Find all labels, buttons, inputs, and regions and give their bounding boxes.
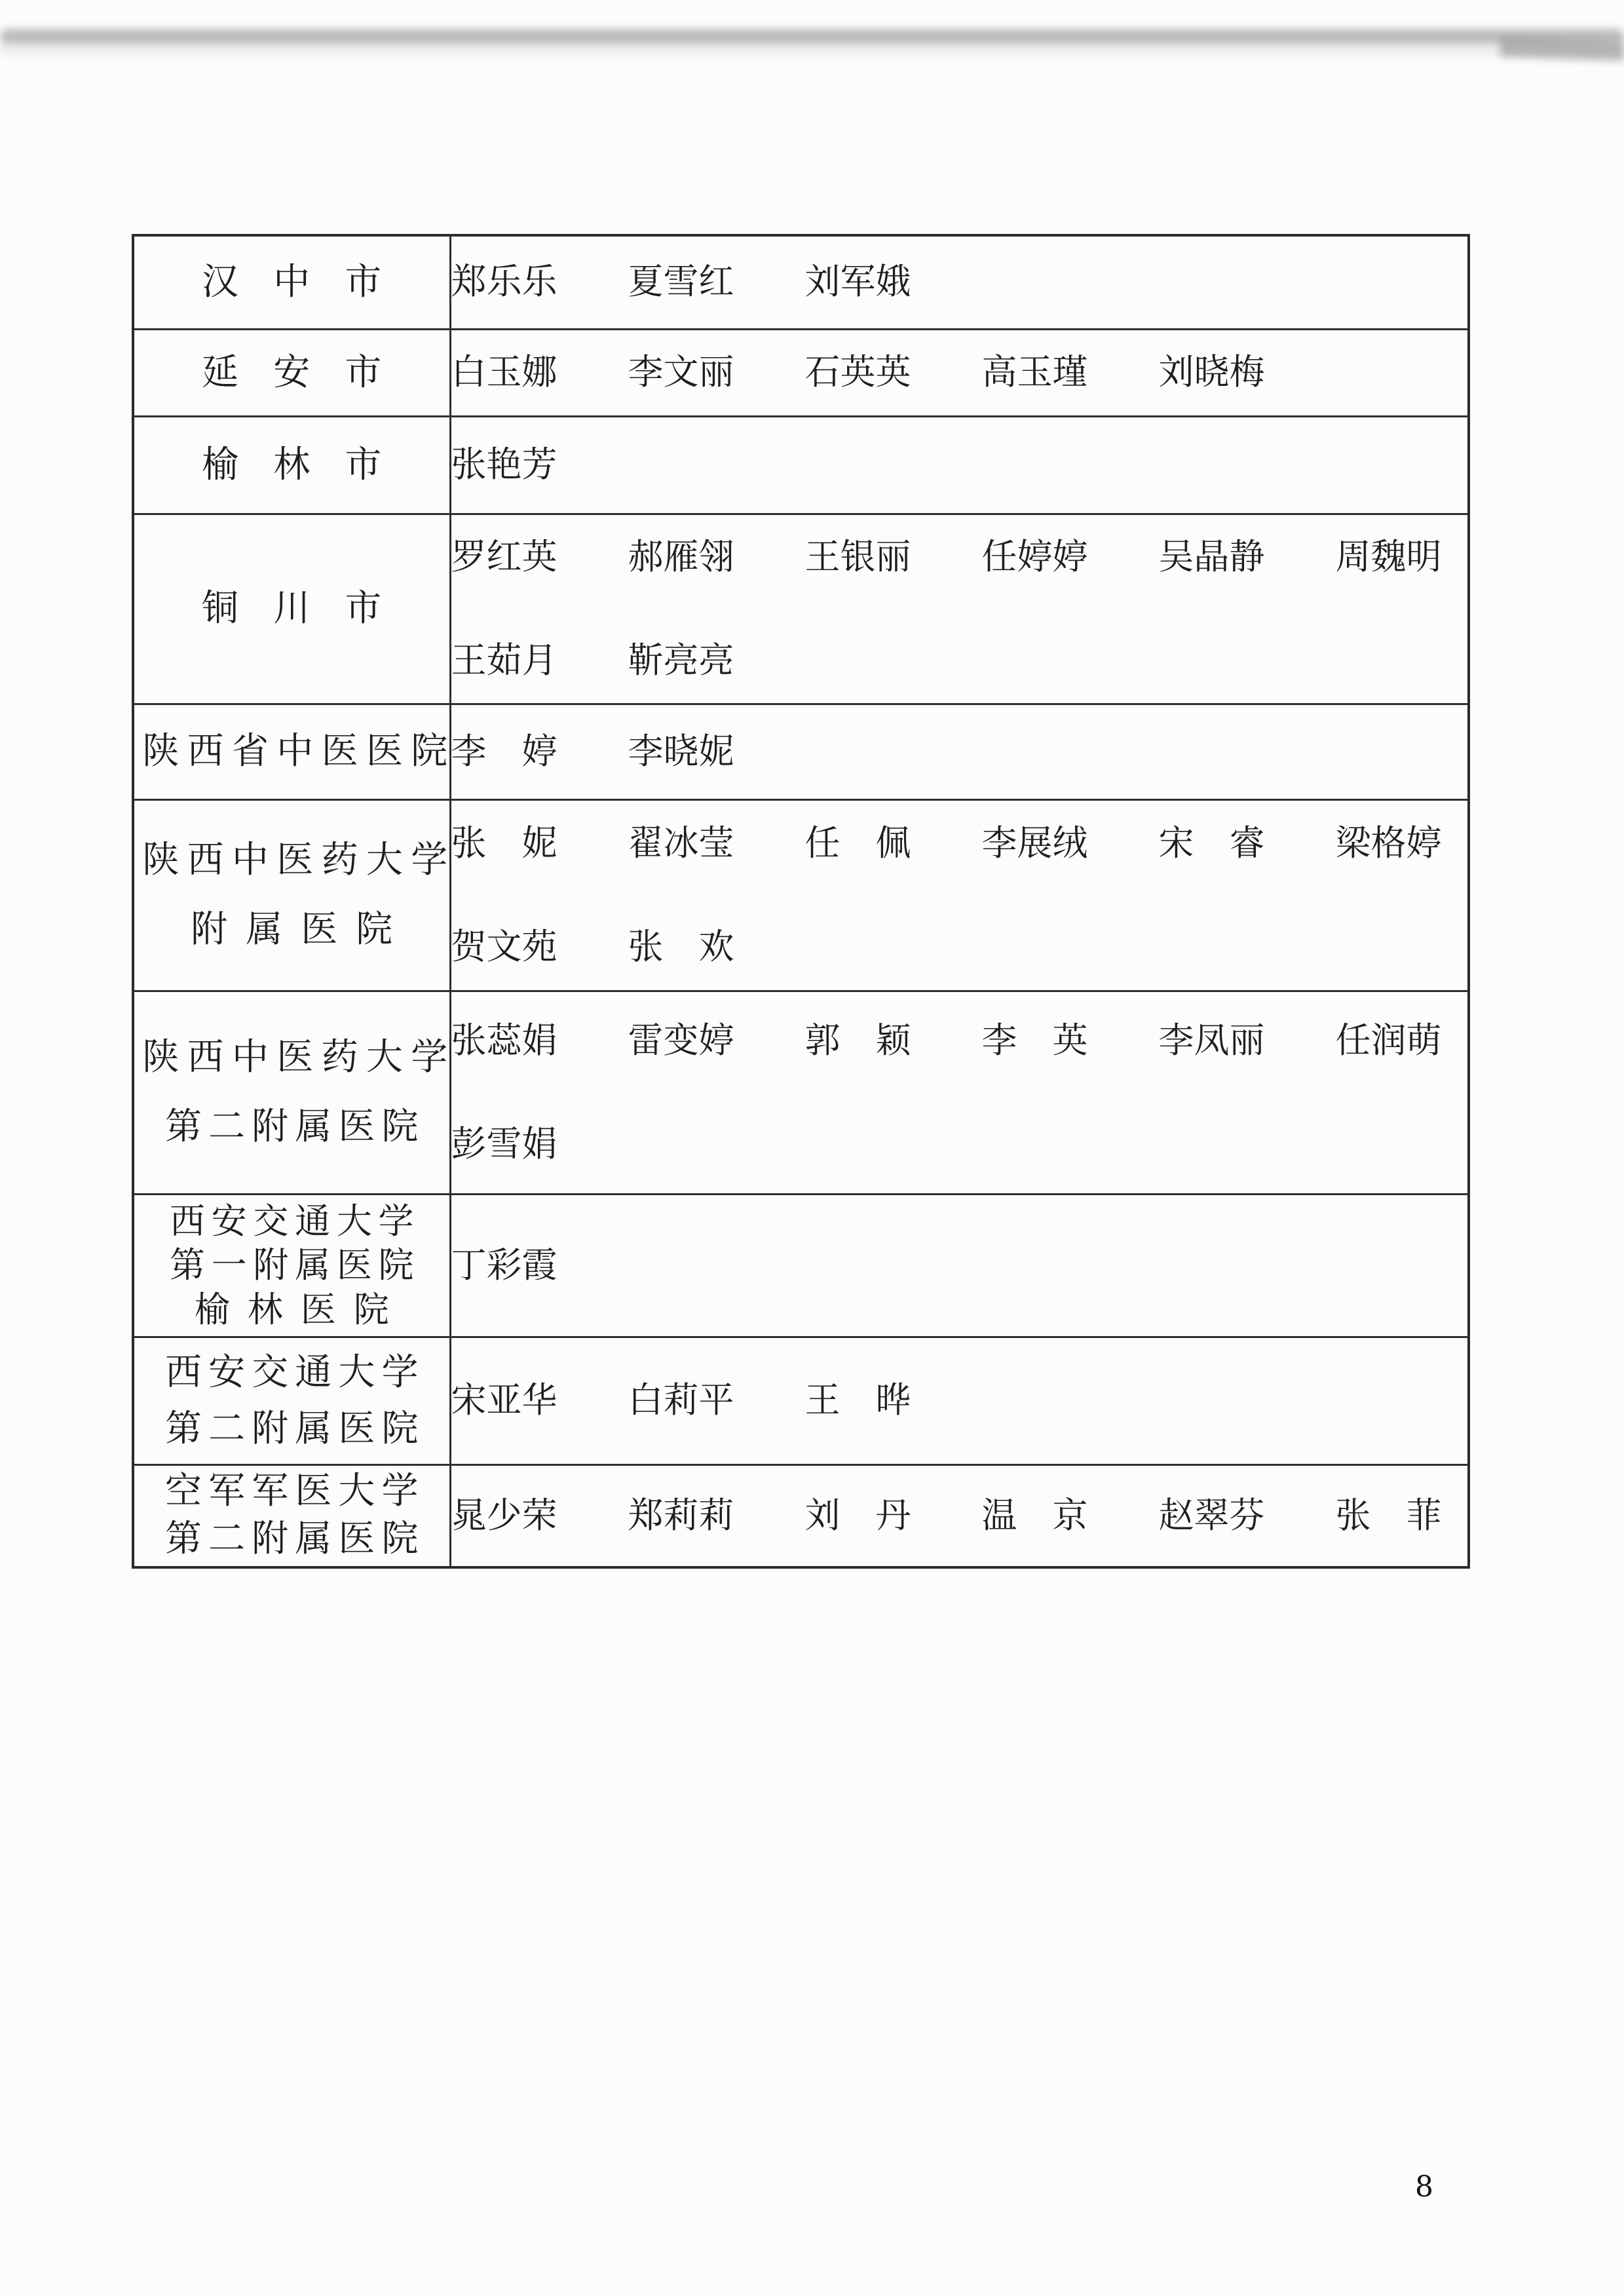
name-line: 王茹月 靳亮亮 bbox=[451, 637, 1468, 685]
names-cell: 宋亚华 白莉平 王 晔 bbox=[450, 1337, 1469, 1464]
scan-artifact-band bbox=[0, 29, 1624, 45]
org-cell: 空军军医大学 第二附属医院 bbox=[133, 1464, 450, 1567]
org-cell: 榆林市 bbox=[133, 416, 450, 514]
table-row: 空军军医大学 第二附属医院 晁少荣 郑莉莉 刘 丹 温 京 赵翠芬 张 菲 bbox=[133, 1464, 1469, 1567]
name-line: 罗红英 郝雁翎 王银丽 任婷婷 吴晶静 周魏明 bbox=[451, 533, 1468, 581]
org-line: 汉中市 bbox=[134, 258, 449, 307]
page-number: 8 bbox=[1415, 2170, 1433, 2204]
recipient-table: 汉中市 郑乐乐 夏雪红 刘军娥 延安市 白玉娜 李文丽 石英英 高玉瑾 刘晓梅 … bbox=[132, 234, 1470, 1569]
org-cell: 西安交通大学 第二附属医院 bbox=[133, 1337, 450, 1464]
org-line: 附属医院 bbox=[134, 905, 449, 955]
org-cell: 延安市 bbox=[133, 329, 450, 416]
name-line: 白玉娜 李文丽 石英英 高玉瑾 刘晓梅 bbox=[451, 349, 1468, 396]
table-row: 陕西省中医医院 李 婷 李晓妮 bbox=[133, 704, 1469, 799]
org-cell: 陕西中医药大学 第二附属医院 bbox=[133, 991, 450, 1194]
name-line: 丁彩霞 bbox=[451, 1242, 1468, 1290]
name-line: 郑乐乐 夏雪红 刘军娥 bbox=[451, 258, 1468, 306]
org-line: 第二附属医院 bbox=[134, 1102, 449, 1152]
org-line: 第二附属医院 bbox=[134, 1404, 449, 1454]
names-cell: 张艳芳 bbox=[450, 416, 1469, 514]
name-line: 李 婷 李晓妮 bbox=[451, 728, 1468, 776]
scan-artifact-band-light bbox=[0, 46, 1624, 54]
table-row: 汉中市 郑乐乐 夏雪红 刘军娥 bbox=[133, 235, 1469, 329]
table-row: 西安交通大学 第二附属医院 宋亚华 白莉平 王 晔 bbox=[133, 1337, 1469, 1464]
table-row: 铜川市 罗红英 郝雁翎 王银丽 任婷婷 吴晶静 周魏明 王茹月 靳亮亮 bbox=[133, 514, 1469, 704]
org-cell: 陕西省中医医院 bbox=[133, 704, 450, 799]
org-line: 陕西中医药大学 bbox=[134, 835, 449, 885]
table-row: 延安市 白玉娜 李文丽 石英英 高玉瑾 刘晓梅 bbox=[133, 329, 1469, 416]
org-cell: 汉中市 bbox=[133, 235, 450, 329]
org-line: 榆林医院 bbox=[134, 1288, 449, 1332]
name-line: 张蕊娟 雷变婷 郭 颖 李 英 李凤丽 任润萌 bbox=[451, 1017, 1468, 1065]
table-row: 榆林市 张艳芳 bbox=[133, 416, 1469, 514]
name-line: 贺文苑 张 欢 bbox=[451, 923, 1468, 971]
name-line: 彭雪娟 bbox=[451, 1120, 1468, 1168]
name-line: 张艳芳 bbox=[451, 441, 1468, 489]
org-line: 延安市 bbox=[134, 348, 449, 398]
names-cell: 罗红英 郝雁翎 王银丽 任婷婷 吴晶静 周魏明 王茹月 靳亮亮 bbox=[450, 514, 1469, 704]
table-row: 西安交通大学 第一附属医院 榆林医院 丁彩霞 bbox=[133, 1194, 1469, 1337]
org-line: 陕西省中医医院 bbox=[134, 727, 449, 776]
org-line: 空军军医大学 bbox=[134, 1468, 449, 1516]
table-row: 陕西中医药大学 第二附属医院 张蕊娟 雷变婷 郭 颖 李 英 李凤丽 任润萌 彭… bbox=[133, 991, 1469, 1194]
name-line: 宋亚华 白莉平 王 晔 bbox=[451, 1377, 1468, 1425]
org-line: 第一附属医院 bbox=[134, 1243, 449, 1288]
org-line: 西安交通大学 bbox=[134, 1199, 449, 1244]
names-cell: 李 婷 李晓妮 bbox=[450, 704, 1469, 799]
org-line: 榆林市 bbox=[134, 440, 449, 490]
org-cell: 西安交通大学 第一附属医院 榆林医院 bbox=[133, 1194, 450, 1337]
names-cell: 丁彩霞 bbox=[450, 1194, 1469, 1337]
org-line: 陕西中医药大学 bbox=[134, 1033, 449, 1082]
name-line: 张 妮 翟冰莹 任 佩 李展绒 宋 睿 梁格婷 bbox=[451, 820, 1468, 868]
table-row: 陕西中医药大学 附属医院 张 妮 翟冰莹 任 佩 李展绒 宋 睿 梁格婷 贺文苑… bbox=[133, 799, 1469, 991]
names-cell: 张蕊娟 雷变婷 郭 颖 李 英 李凤丽 任润萌 彭雪娟 bbox=[450, 991, 1469, 1194]
names-cell: 张 妮 翟冰莹 任 佩 李展绒 宋 睿 梁格婷 贺文苑 张 欢 bbox=[450, 799, 1469, 991]
org-line: 第二附属医院 bbox=[134, 1516, 449, 1563]
org-line: 铜川市 bbox=[134, 584, 449, 634]
names-cell: 晁少荣 郑莉莉 刘 丹 温 京 赵翠芬 张 菲 bbox=[450, 1464, 1469, 1567]
org-cell: 铜川市 bbox=[133, 514, 450, 704]
names-cell: 郑乐乐 夏雪红 刘军娥 bbox=[450, 235, 1469, 329]
org-cell: 陕西中医药大学 附属医院 bbox=[133, 799, 450, 991]
org-line: 西安交通大学 bbox=[134, 1348, 449, 1398]
name-line: 晁少荣 郑莉莉 刘 丹 温 京 赵翠芬 张 菲 bbox=[451, 1492, 1468, 1540]
scan-artifact-band-right bbox=[1500, 37, 1624, 62]
names-cell: 白玉娜 李文丽 石英英 高玉瑾 刘晓梅 bbox=[450, 329, 1469, 416]
